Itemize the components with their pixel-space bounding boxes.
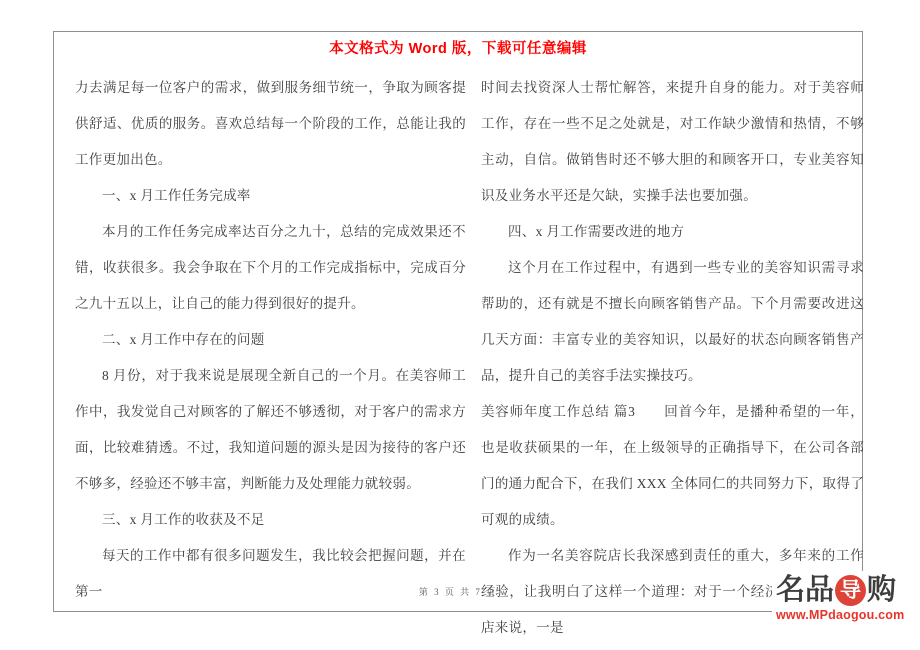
paragraph: 三、x 月工作的收获及不足 bbox=[75, 502, 466, 538]
paragraph: 美容师年度工作总结 篇3 回首今年，是播种希望的一年，也是收获硕果的一年，在上级… bbox=[481, 394, 864, 538]
page-title: 本文格式为 Word 版，下载可任意编辑 bbox=[54, 37, 862, 58]
brand-name-right: 购 bbox=[867, 576, 896, 605]
paragraph: 力去满足每一位客户的需求，做到服务细节统一，争取为顾客提供舒适、优质的服务。喜欢… bbox=[75, 70, 466, 178]
text-column-left: 力去满足每一位客户的需求，做到服务细节统一，争取为顾客提供舒适、优质的服务。喜欢… bbox=[75, 70, 466, 610]
paragraph: 本月的工作任务完成率达百分之九十，总结的完成效果还不错，收获很多。我会争取在下个… bbox=[75, 214, 466, 322]
paragraph: 这个月在工作过程中，有遇到一些专业的美容知识需寻求帮助的，还有就是不擅长向顾客销… bbox=[481, 250, 864, 394]
paragraph: 时间去找资深人士帮忙解答，来提升自身的能力。对于美容师工作，存在一些不足之处就是… bbox=[481, 70, 864, 214]
paragraph: 8 月份，对于我来说是展现全新自己的一个月。在美容师工作中，我发觉自己对顾客的了… bbox=[75, 358, 466, 502]
paragraph: 二、x 月工作中存在的问题 bbox=[75, 322, 466, 358]
brand-logo-row: 名品 导 购 bbox=[776, 573, 918, 607]
brand-name-left: 名品 bbox=[776, 576, 834, 605]
paragraph: 每天的工作中都有很多问题发生，我比较会把握问题，并在第一 bbox=[75, 538, 466, 610]
brand-url: www.MPdaogou.com bbox=[776, 608, 918, 622]
brand-circle-icon: 导 bbox=[835, 575, 866, 606]
page-number-footer: 第 3 页 共 7 页 bbox=[54, 585, 862, 598]
watermark-logo: 名品 导 购 www.MPdaogou.com bbox=[772, 571, 918, 624]
paragraph: 四、x 月工作需要改进的地方 bbox=[481, 214, 864, 250]
text-column-right: 时间去找资深人士帮忙解答，来提升自身的能力。对于美容师工作，存在一些不足之处就是… bbox=[481, 70, 864, 646]
document-page: 本文格式为 Word 版，下载可任意编辑 力去满足每一位客户的需求，做到服务细节… bbox=[53, 31, 863, 612]
paragraph: 一、x 月工作任务完成率 bbox=[75, 178, 466, 214]
